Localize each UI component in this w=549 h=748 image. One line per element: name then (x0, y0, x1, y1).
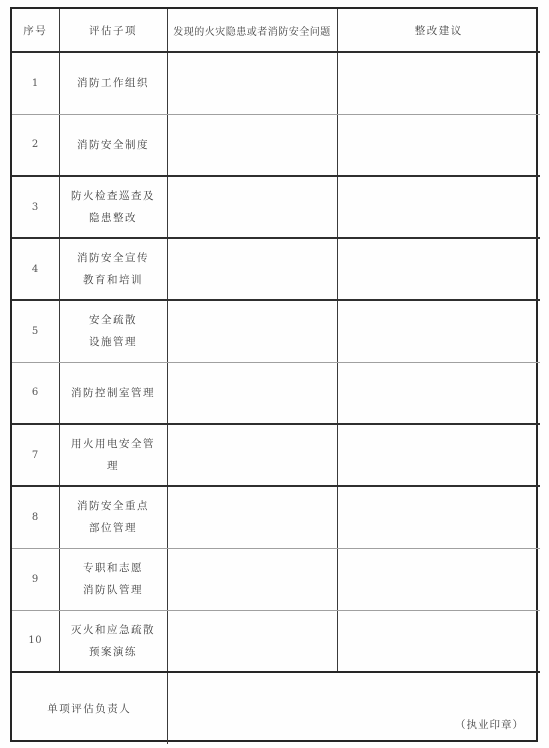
sub-item-cell: 防火检查巡查及 隐患整改 (59, 176, 167, 238)
document-page: 序号 评估子项 发现的火灾隐患或者消防安全问题 整改建议 1 消防工作组织 2 … (0, 0, 549, 748)
issue-cell (167, 300, 337, 362)
row-number-cell: 9 (12, 548, 59, 610)
row-number-cell: 3 (12, 176, 59, 238)
sub-item-cell: 消防安全宣传 教育和培训 (59, 238, 167, 300)
sub-item-cell: 消防控制室管理 (59, 362, 167, 424)
table-row: 3 防火检查巡查及 隐患整改 (12, 176, 540, 238)
suggestion-cell (337, 176, 540, 238)
row-number-cell: 2 (12, 114, 59, 176)
sub-item-cell: 消防工作组织 (59, 52, 167, 114)
sub-item-cell: 用火用电安全管理 (59, 424, 167, 486)
table-row: 7 用火用电安全管理 (12, 424, 540, 486)
suggestion-cell (337, 114, 540, 176)
suggestion-cell (337, 362, 540, 424)
table-row: 10 灭火和应急疏散 预案演练 (12, 610, 540, 672)
table-row: 4 消防安全宣传 教育和培训 (12, 238, 540, 300)
issue-cell (167, 548, 337, 610)
col-header-issues: 发现的火灾隐患或者消防安全问题 (167, 9, 337, 52)
sub-item-cell: 消防安全制度 (59, 114, 167, 176)
signature-seal-cell: （执业印章） (167, 672, 540, 744)
footer-label-cell: 单项评估负责人 (12, 672, 167, 744)
assessment-table: 序号 评估子项 发现的火灾隐患或者消防安全问题 整改建议 1 消防工作组织 2 … (10, 7, 538, 742)
sub-item-cell: 专职和志愿 消防队管理 (59, 548, 167, 610)
row-number-cell: 5 (12, 300, 59, 362)
suggestion-cell (337, 52, 540, 114)
issue-cell (167, 424, 337, 486)
suggestion-cell (337, 300, 540, 362)
issue-cell (167, 362, 337, 424)
sub-item-cell: 安全疏散 设施管理 (59, 300, 167, 362)
sub-item-cell: 灭火和应急疏散 预案演练 (59, 610, 167, 672)
footer-row: 单项评估负责人 （执业印章） (12, 672, 540, 744)
row-number-cell: 10 (12, 610, 59, 672)
table-row: 9 专职和志愿 消防队管理 (12, 548, 540, 610)
row-number-cell: 8 (12, 486, 59, 548)
issue-cell (167, 52, 337, 114)
table-row: 5 安全疏散 设施管理 (12, 300, 540, 362)
row-number-cell: 4 (12, 238, 59, 300)
suggestion-cell (337, 238, 540, 300)
issue-cell (167, 176, 337, 238)
issue-cell (167, 486, 337, 548)
suggestion-cell (337, 424, 540, 486)
row-number-cell: 7 (12, 424, 59, 486)
col-header-suggestions: 整改建议 (337, 9, 540, 52)
table-row: 2 消防安全制度 (12, 114, 540, 176)
suggestion-cell (337, 610, 540, 672)
row-number-cell: 6 (12, 362, 59, 424)
issue-cell (167, 610, 337, 672)
table-row: 6 消防控制室管理 (12, 362, 540, 424)
suggestion-cell (337, 486, 540, 548)
seal-note: （执业印章） (455, 717, 524, 732)
sub-item-cell: 消防安全重点 部位管理 (59, 486, 167, 548)
issue-cell (167, 114, 337, 176)
row-number-cell: 1 (12, 52, 59, 114)
col-header-sub-item: 评估子项 (59, 9, 167, 52)
suggestion-cell (337, 548, 540, 610)
col-header-number: 序号 (12, 9, 59, 52)
table-row: 8 消防安全重点 部位管理 (12, 486, 540, 548)
issue-cell (167, 238, 337, 300)
table-row: 1 消防工作组织 (12, 52, 540, 114)
header-row: 序号 评估子项 发现的火灾隐患或者消防安全问题 整改建议 (12, 9, 540, 52)
